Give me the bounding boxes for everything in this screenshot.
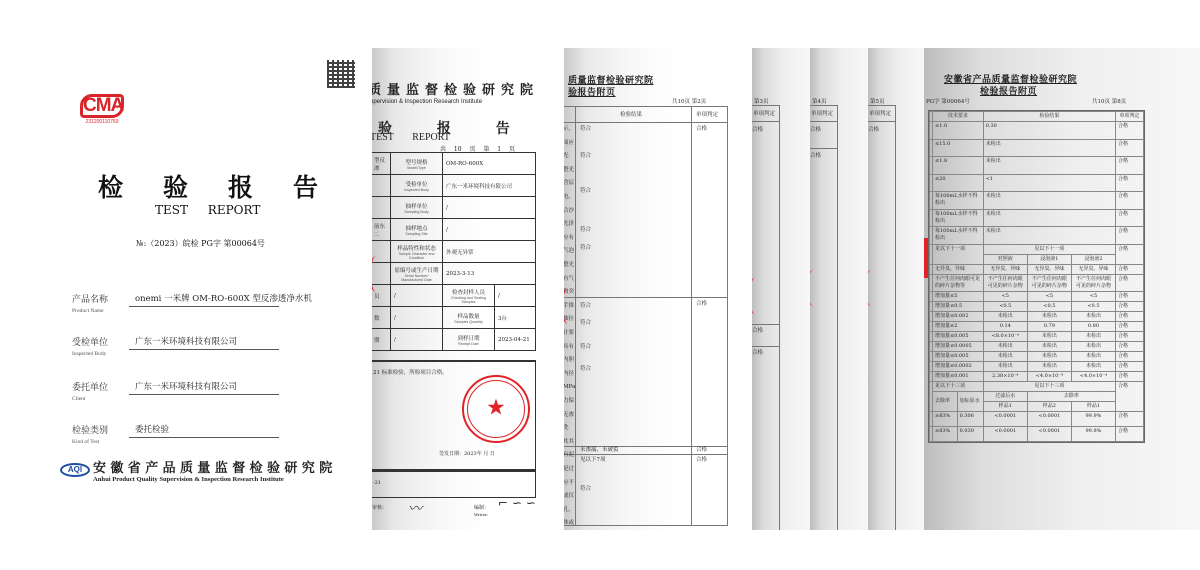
requirement-cell: 增加量≤0.5 bbox=[933, 301, 984, 311]
left-fragment: 无渗 bbox=[564, 411, 574, 420]
result-cell: 不产生任何肉眼可见的碎片杂物 bbox=[1071, 274, 1115, 291]
left-fragment: 洗 bbox=[564, 424, 569, 433]
page2-judgement: 合格 bbox=[696, 300, 707, 309]
cma-logo: CMA 231200110769 bbox=[80, 94, 124, 125]
page5-table: 单项判定 合格 bbox=[868, 105, 896, 530]
subheader-spiked-water: 加标原水 bbox=[957, 391, 983, 411]
table-row: 每100mL水样不得检出 未检出 合格 bbox=[930, 227, 1144, 245]
result-cell: 未检出 bbox=[983, 311, 1027, 321]
report-page-5: 第5页 单项判定 合格 bbox=[868, 48, 924, 530]
table-row: ≤1.0 0.30 合格 bbox=[930, 122, 1144, 140]
stamp-fragment bbox=[810, 270, 820, 306]
page2-table: 检验结果 单项判定 示。面应光整光含层电。合沙光泽应有气泡整光有气和突手推抽拉计… bbox=[564, 106, 728, 526]
result-cell: 未检出 bbox=[1071, 351, 1115, 361]
row-key: 型号规格Model/Type bbox=[391, 153, 443, 175]
result-cell: 未检出 bbox=[1071, 331, 1115, 341]
result-cell: <4.0×10⁻⁴ bbox=[1071, 371, 1115, 381]
result-cell: 符合 bbox=[580, 365, 591, 374]
row-value: 外观无异常 bbox=[443, 241, 536, 263]
result-cell: 未检出 bbox=[983, 192, 1115, 210]
row-key: 样品数量Samples Quantity bbox=[443, 307, 495, 329]
result-cell: 符合 bbox=[580, 226, 591, 235]
title-char: 报 bbox=[228, 168, 253, 204]
judgement-cell: 合格 bbox=[1116, 157, 1144, 175]
subheader-filtered-water: 过滤后水 bbox=[983, 391, 1027, 401]
title-char: 告 bbox=[293, 168, 318, 204]
page3-judgement: 合格 bbox=[752, 126, 763, 135]
subheader-soak-2: 浸泡液2 bbox=[1071, 254, 1115, 264]
left-fragment: 型反渗 bbox=[372, 153, 391, 175]
row-key: 抽样地点Sampling Site bbox=[391, 219, 443, 241]
field-label: 产品名称 bbox=[72, 292, 108, 305]
result-cell: <0.5 bbox=[983, 301, 1027, 311]
result-cell: 未检出 bbox=[983, 139, 1115, 157]
table-row: ≤15.0 未检出 合格 bbox=[930, 139, 1144, 157]
requirement-cell: 增加量≤0.0005 bbox=[933, 341, 984, 351]
report-number: №:（2023）皖检 PG字 第00064号 bbox=[136, 238, 265, 249]
left-fragment: 数 bbox=[372, 307, 391, 329]
row-value: / bbox=[495, 285, 536, 307]
requirement-cell: 增加量≤0.002 bbox=[933, 311, 984, 321]
result-cell: 符合 bbox=[580, 187, 591, 196]
cover-title: 检 验 报 告 bbox=[98, 168, 318, 204]
left-fragment: 电。 bbox=[564, 193, 574, 202]
left-fragment: 有气 bbox=[564, 275, 574, 284]
table-row: 员 / 检查封样人员Checking and Sealing Samples / bbox=[372, 285, 536, 307]
field-label: 委托单位 bbox=[72, 380, 108, 393]
page8-appendix-title: 检验报告附页 bbox=[980, 84, 1037, 97]
judgement-cell: 合格 bbox=[1116, 411, 1144, 426]
row-value: OM-RO-600X bbox=[443, 153, 536, 175]
left-value: / bbox=[391, 307, 443, 329]
result-cell: 0.30 bbox=[983, 122, 1115, 140]
table-row: 每100mL水样不得检出 未检出 合格 bbox=[930, 192, 1144, 210]
result-cell: <0.0001 bbox=[1027, 426, 1071, 441]
page4-judgement: 合格 bbox=[810, 126, 821, 135]
group2-judgement: 合格 bbox=[1116, 381, 1144, 411]
requirement-cell: 增加量≤5 bbox=[933, 291, 984, 301]
table-row: 增加量≤0.5 <0.5 <0.5 <0.5 合格 bbox=[930, 301, 1144, 311]
result-cell: 不产生任何肉眼可见的碎片杂物 bbox=[1027, 274, 1071, 291]
page3-page-info: 第3页 bbox=[754, 97, 769, 105]
field-label: 受检单位 bbox=[72, 335, 108, 348]
page1-institute-name-en: upervision & Inspection Research Institu… bbox=[372, 99, 482, 105]
sign-date: 签发日期：2023年 月 日 bbox=[439, 450, 495, 457]
judgement-cell: 合格 bbox=[1116, 351, 1144, 361]
judgement-cell: 合格 bbox=[1116, 274, 1144, 291]
table-row: 增加量≤5 <5 <5 <5 合格 bbox=[930, 291, 1144, 301]
field-value: onemi 一米牌 OM-RO-600X 型反渗透净水机 bbox=[129, 292, 279, 307]
row-value: 2023-3-13 bbox=[443, 263, 536, 285]
stamp-fragment bbox=[868, 270, 878, 306]
left-fragment bbox=[372, 197, 391, 219]
results-table: 技术要求 检验结果 单项判定 ≤1.0 0.30 合格 ≤15.0 未检出 合格… bbox=[928, 110, 1145, 443]
page4-col-judgement: 单项判定 bbox=[811, 110, 833, 119]
col-judgement: 单项判定 bbox=[1116, 112, 1144, 122]
reviewer-label: 审核： bbox=[372, 504, 387, 511]
left-fragment: 含层 bbox=[564, 179, 574, 188]
left-fragment: 或仅 bbox=[564, 492, 574, 501]
writer-signature: ⌐ ∽ ∽ bbox=[498, 496, 536, 510]
result-cell: 未检出 bbox=[983, 341, 1027, 351]
requirement-cell: 每100mL水样不得检出 bbox=[933, 209, 984, 227]
spiked-cell: 0.030 bbox=[957, 426, 983, 441]
result-cell: 未检出 bbox=[1071, 341, 1115, 351]
judgement-cell: 合格 bbox=[1116, 331, 1144, 341]
conclusion-text: 21 标准检验，所检项目合格。 bbox=[373, 368, 448, 376]
result-cell: 符合 bbox=[580, 244, 591, 253]
left-value: / bbox=[391, 285, 443, 307]
page5-col-judgement: 单项判定 bbox=[869, 110, 891, 119]
page1-report-title-en: TEST REPORT bbox=[372, 132, 450, 143]
requirement-cell: 每100mL水样不得检出 bbox=[933, 227, 984, 245]
field-label: 检验类别 bbox=[72, 423, 108, 436]
subheader-sample-1b: 样品1 bbox=[1071, 401, 1115, 411]
result-cell: 符合 bbox=[580, 152, 591, 161]
cover-title-en: TEST REPORT bbox=[155, 203, 260, 217]
table-row: 原编号或生产日期Serial Number/ Manufactured Date… bbox=[372, 263, 536, 285]
table-row: 增加量≤0.0005 未检出 未检出 未检出 合格 bbox=[930, 341, 1144, 351]
table-row: 增加量≤2 0.14 0.79 0.80 合格 bbox=[930, 321, 1144, 331]
requirement-cell: 每100mL水样不得检出 bbox=[933, 192, 984, 210]
result-cell: 未检出 bbox=[1027, 311, 1071, 321]
page2-col-judgement: 单项判定 bbox=[696, 111, 718, 120]
requirement-cell: 增加量≤0.0002 bbox=[933, 361, 984, 371]
col-technical-requirement: 技术要求 bbox=[933, 112, 984, 122]
result-cell: 未检出 bbox=[1027, 361, 1071, 371]
writer-label-en: Writer: bbox=[474, 512, 488, 517]
table-row: 抽样单位Sampling Body / bbox=[372, 197, 536, 219]
result-cell: 未检出 bbox=[983, 227, 1115, 245]
stamp-fragment bbox=[752, 278, 762, 314]
left-fragment: 面应 bbox=[564, 139, 574, 148]
result-cell: 不产生任何肉眼可见的碎片杂物 bbox=[983, 274, 1027, 291]
qr-code-icon bbox=[327, 60, 355, 88]
table-row: 不产生任何肉眼可见的碎片杂物等 不产生任何肉眼可见的碎片杂物 不产生任何肉眼可见… bbox=[930, 274, 1144, 291]
judgement-cell: 合格 bbox=[1116, 301, 1144, 311]
result-cell: <5 bbox=[1027, 291, 1071, 301]
left-fragment: 具有 bbox=[564, 343, 574, 352]
table-row: 每100mL水样不得检出 未检出 合格 bbox=[930, 209, 1144, 227]
page8-page-info: 共10页 第8页 bbox=[1092, 97, 1126, 105]
left-fragment: 体或 bbox=[564, 519, 574, 528]
left-fragment: 期 bbox=[372, 329, 391, 351]
stamp-fragment bbox=[372, 256, 383, 292]
result-cell: 未渗漏，未破裂 bbox=[580, 446, 619, 455]
row-value: 2023-04-21 bbox=[495, 329, 536, 351]
result-cell: 99.9% bbox=[1071, 411, 1115, 426]
result-cell: 未检出 bbox=[983, 351, 1027, 361]
result-cell: 未检出 bbox=[1027, 341, 1071, 351]
result-cell: 见以下7项 bbox=[580, 456, 606, 465]
group1-judgement: 合格 bbox=[1116, 244, 1144, 264]
report-page-2: 质量监督检验研究院 验报告附页 共10页 第2页 检验结果 单项判定 示。面应光… bbox=[564, 48, 752, 530]
spiked-cell: 0.306 bbox=[957, 411, 983, 426]
page8-report-no: PG字 第00064号 bbox=[926, 97, 970, 105]
row-value: 3台 bbox=[495, 307, 536, 329]
page3-judgement: 合格 bbox=[752, 327, 763, 336]
requirement-cell: 增加量≤0.005 bbox=[933, 331, 984, 341]
row-key: 受检单位Inspected Body bbox=[391, 175, 443, 197]
result-cell: 符合 bbox=[580, 343, 591, 352]
col-test-result: 检验结果 bbox=[983, 112, 1115, 122]
table-row: 型反渗 型号规格Model/Type OM-RO-600X bbox=[372, 153, 536, 175]
group1-label: 见以下十一项 bbox=[933, 244, 984, 264]
result-cell: <4.0×10⁻⁴ bbox=[1027, 371, 1071, 381]
institute-footer: AQI 安徽省产品质量监督检验研究院 Anhui Product Quality… bbox=[60, 457, 372, 483]
left-fragment: 应有 bbox=[564, 234, 574, 243]
result-cell: <0.5 bbox=[1071, 301, 1115, 311]
field-value: 广东一米环境科技有限公司 bbox=[129, 380, 279, 395]
result-cell: 未检出 bbox=[1027, 351, 1071, 361]
result-cell: <0.0001 bbox=[983, 411, 1027, 426]
page2-judgement: 合格 bbox=[696, 125, 707, 134]
field-label-en: Inspected Body bbox=[72, 351, 106, 357]
left-fragment: MPa bbox=[564, 383, 575, 392]
result-cell: <5 bbox=[983, 291, 1027, 301]
requirement-cell: 增加量≤2 bbox=[933, 321, 984, 331]
left-fragment: 光泽 bbox=[564, 220, 574, 229]
judgement-cell: 合格 bbox=[1116, 174, 1144, 192]
result-cell: 符合 bbox=[580, 125, 591, 134]
judgement-cell: 合格 bbox=[1116, 426, 1144, 441]
field-label-en: Client bbox=[72, 396, 85, 402]
left-fragment: 内胆 bbox=[564, 356, 574, 365]
left-fragment: 有泥 bbox=[564, 451, 574, 460]
table-row: ≤20 <1 合格 bbox=[930, 174, 1144, 192]
writer-label: 编制： bbox=[474, 504, 489, 511]
page3-col-judgement: 单项判定 bbox=[753, 110, 775, 119]
judgement-cell: 合格 bbox=[1116, 264, 1144, 274]
judgement-cell: 合格 bbox=[1116, 192, 1144, 210]
table-row: 无异臭、异味 无异臭、异味 无异臭、异味 无异臭、异味 合格 bbox=[930, 264, 1144, 274]
page2-col-result: 检验结果 bbox=[620, 111, 642, 120]
left-fragment: 整光 bbox=[564, 166, 574, 175]
result-cell: <8.0×10⁻⁴ bbox=[983, 331, 1027, 341]
left-fragment: 是过 bbox=[564, 465, 574, 474]
table-row: 增加量≤0.005 未检出 未检出 未检出 合格 bbox=[930, 351, 1144, 361]
requirement-cell: 无异臭、异味 bbox=[933, 264, 984, 274]
result-cell: <0.0001 bbox=[983, 426, 1027, 441]
result-cell: 符合 bbox=[580, 319, 591, 328]
result-cell: 0.79 bbox=[1027, 321, 1071, 331]
result-cell: 无异臭、异味 bbox=[1027, 264, 1071, 274]
judgement-cell: 合格 bbox=[1116, 341, 1144, 351]
page1-institute-name: 质量监督检验研究院 bbox=[372, 79, 539, 98]
row-key: 到样日期Receipt Date bbox=[443, 329, 495, 351]
table-row: 增加量≤0.001 2.38×10⁻⁴ <4.0×10⁻⁴ <4.0×10⁻⁴ … bbox=[930, 371, 1144, 381]
page4-page-info: 第4页 bbox=[812, 97, 827, 105]
field-value: 广东一米环境科技有限公司 bbox=[129, 335, 279, 350]
judgement-cell: 合格 bbox=[1116, 291, 1144, 301]
judgement-cell: 合格 bbox=[1116, 321, 1144, 331]
row-key: 检查封样人员Checking and Sealing Samples bbox=[443, 285, 495, 307]
page2-judgement: 合格 bbox=[696, 456, 707, 465]
requirement-cell: 增加量≤0.005 bbox=[933, 351, 984, 361]
requirement-cell: ≤15.0 bbox=[933, 139, 984, 157]
result-cell: 未检出 bbox=[1071, 311, 1115, 321]
table-row: 增加量≤0.002 未检出 未检出 未检出 合格 bbox=[930, 311, 1144, 321]
remarks-box: -21 bbox=[372, 470, 536, 498]
row-value: 广东一米环境科技有限公司 bbox=[443, 175, 536, 197]
page4-judgement: 合格 bbox=[810, 152, 821, 161]
result-cell: <0.5 bbox=[1027, 301, 1071, 311]
result-cell: 未检出 bbox=[983, 361, 1027, 371]
result-cell: <1 bbox=[983, 174, 1115, 192]
subheader-soak-1: 浸泡液1 bbox=[1027, 254, 1071, 264]
left-fragment: 示。 bbox=[564, 125, 574, 134]
left-fragment: 力保 bbox=[564, 397, 574, 406]
result-cell: 无异臭、异味 bbox=[1071, 264, 1115, 274]
result-cell: <5 bbox=[1071, 291, 1115, 301]
result-cell: 0.14 bbox=[983, 321, 1027, 331]
result-cell: 符合 bbox=[580, 485, 591, 494]
page2-page-info: 共10页 第2页 bbox=[672, 97, 706, 105]
result-cell: 符合 bbox=[580, 302, 591, 311]
table-row: 增加量≤0.005 <8.0×10⁻⁴ 未检出 未检出 合格 bbox=[930, 331, 1144, 341]
subheader-sample-1: 样品1 bbox=[983, 401, 1027, 411]
reviewer-signature: 〰 bbox=[408, 498, 422, 518]
left-fragment: 孔。 bbox=[564, 506, 574, 515]
field-label-en: Product Name bbox=[72, 308, 104, 314]
institute-name-cn: 安徽省产品质量监督检验研究院 bbox=[93, 457, 337, 476]
requirement-cell: 不产生任何肉眼可见的碎片杂物等 bbox=[933, 274, 984, 291]
page3-judgement: 合格 bbox=[752, 349, 763, 358]
table-row: ≤1.8 未检出 合格 bbox=[930, 157, 1144, 175]
left-fragment: 其其 bbox=[564, 438, 574, 447]
aqi-logo-icon: AQI bbox=[60, 463, 90, 477]
report-page-3: 第3页 单项判定 合格 合格 合格 bbox=[752, 48, 810, 530]
table-row: 数 / 样品数量Samples Quantity 3台 bbox=[372, 307, 536, 329]
result-cell: 2.38×10⁻⁴ bbox=[983, 371, 1027, 381]
cma-number: 231200110769 bbox=[80, 119, 124, 125]
row-value: / bbox=[443, 197, 536, 219]
result-cell: 无异臭、异味 bbox=[983, 264, 1027, 274]
page2-appendix-title: 验报告附页 bbox=[568, 85, 616, 98]
result-cell: <0.0001 bbox=[1027, 411, 1071, 426]
judgement-cell: 合格 bbox=[1116, 311, 1144, 321]
field-value: 委托检验 bbox=[129, 423, 279, 438]
report-cover: CMA 231200110769 检 验 报 告 TEST REPORT №:（… bbox=[60, 48, 372, 530]
requirement-cell: ≥83% bbox=[933, 426, 958, 441]
subheader-control: 对照液 bbox=[983, 254, 1027, 264]
judgement-cell: 合格 bbox=[1116, 227, 1144, 245]
sample-info-table: 型反渗 型号规格Model/Type OM-RO-600X 受检单位Inspec… bbox=[372, 152, 536, 351]
table-row: 前东二 抽样地点Sampling Site / bbox=[372, 219, 536, 241]
judgement-cell: 合格 bbox=[1116, 371, 1144, 381]
result-cell: 99.8% bbox=[1071, 426, 1115, 441]
requirement-cell: 增加量≤0.001 bbox=[933, 371, 984, 381]
table-row: 增加量≤0.0002 未检出 未检出 未检出 合格 bbox=[930, 361, 1144, 371]
subheader-removal-rate-2: 去除率 bbox=[1027, 391, 1115, 401]
page3-table: 单项判定 合格 合格 合格 bbox=[752, 105, 780, 530]
left-fragment bbox=[372, 175, 391, 197]
title-char: 验 bbox=[163, 168, 188, 204]
left-fragment: 整光 bbox=[564, 261, 574, 270]
requirement-cell: ≥83% bbox=[933, 411, 958, 426]
result-cell: 未检出 bbox=[983, 157, 1115, 175]
result-cell: 未检出 bbox=[1027, 331, 1071, 341]
table-row: 受检单位Inspected Body 广东一米环境科技有限公司 bbox=[372, 175, 536, 197]
report-page-4: 第4页 单项判定 合格 合格 bbox=[810, 48, 868, 530]
requirement-cell: ≤1.8 bbox=[933, 157, 984, 175]
stamp-fragment bbox=[564, 288, 575, 324]
requirement-cell: ≤20 bbox=[933, 174, 984, 192]
left-fragment: 应不 bbox=[564, 479, 574, 488]
left-fragment: 合沙 bbox=[564, 207, 574, 216]
left-fragment: 计要 bbox=[564, 329, 574, 338]
report-page-1: 质量监督检验研究院 upervision & Inspection Resear… bbox=[372, 48, 564, 530]
table-row: ≥83% 0.306 <0.0001 <0.0001 99.9% 合格 bbox=[930, 411, 1144, 426]
report-page-8: 安徽省产品质量监督检验研究院 检验报告附页 PG字 第00064号 共10页 第… bbox=[924, 48, 1200, 530]
institute-name-en: Anhui Product Quality Supervision & Insp… bbox=[93, 476, 337, 483]
page4-table: 单项判定 合格 合格 bbox=[810, 105, 838, 530]
title-char: 检 bbox=[98, 168, 123, 204]
left-fragment: 气泡 bbox=[564, 247, 574, 256]
row-key: 抽样单位Sampling Body bbox=[391, 197, 443, 219]
left-fragment: 内径 bbox=[564, 370, 574, 379]
table-row: ≥83% 0.030 <0.0001 <0.0001 99.8% 合格 bbox=[930, 426, 1144, 441]
requirement-cell: ≤1.0 bbox=[933, 122, 984, 140]
row-key: 原编号或生产日期Serial Number/ Manufactured Date bbox=[391, 263, 443, 285]
judgement-cell: 合格 bbox=[1116, 361, 1144, 371]
result-cell: 0.80 bbox=[1071, 321, 1115, 331]
left-fragment: 光 bbox=[564, 152, 569, 161]
subheader-removal-rate: 去除率 bbox=[933, 391, 958, 411]
judgement-cell: 合格 bbox=[1116, 209, 1144, 227]
row-value: / bbox=[443, 219, 536, 241]
row-key: 样品特性和状态Sample Character and Condition bbox=[391, 241, 443, 263]
result-cell: 未检出 bbox=[983, 209, 1115, 227]
table-row: 样品特性和状态Sample Character and Condition 外观… bbox=[372, 241, 536, 263]
group1-header: 见以下十一项 bbox=[983, 244, 1115, 254]
table-row: 期 / 到样日期Receipt Date 2023-04-21 bbox=[372, 329, 536, 351]
group2-label: 见以下十三项 bbox=[933, 381, 984, 391]
judgement-cell: 合格 bbox=[1116, 139, 1144, 157]
official-seal: ★ bbox=[462, 375, 530, 443]
result-cell: 未检出 bbox=[1071, 361, 1115, 371]
page2-judgement: 合格 bbox=[696, 446, 707, 455]
page5-page-info: 第5页 bbox=[870, 97, 885, 105]
judgement-cell: 合格 bbox=[1116, 122, 1144, 140]
group2-header: 见以下十三项 bbox=[983, 381, 1115, 391]
left-value: / bbox=[391, 329, 443, 351]
subheader-sample-2: 样品2 bbox=[1027, 401, 1071, 411]
field-label-en: Kind of Test bbox=[72, 439, 99, 445]
page5-judgement: 合格 bbox=[868, 126, 879, 135]
cma-mark: CMA bbox=[80, 94, 124, 118]
left-fragment: 前东二 bbox=[372, 219, 391, 241]
